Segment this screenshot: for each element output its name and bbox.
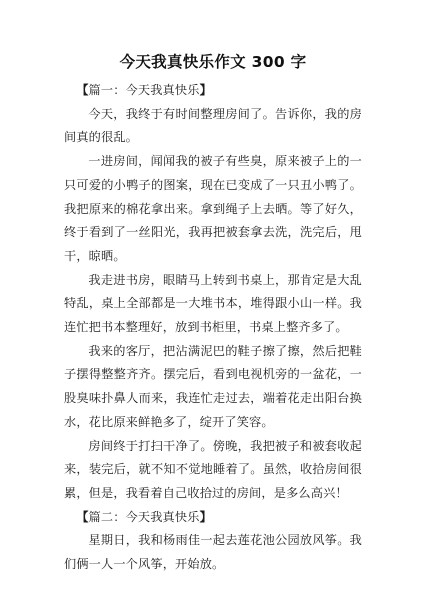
bracket-open: 【 [76,83,88,97]
paragraph: 我来的客厅，把沾满泥巴的鞋子擦了擦，然后把鞋子摆得整整齐齐。摆完后，看到电视机旁… [64,340,362,435]
section-2: 【篇二：今天我真快乐】 星期日，我和杨雨佳一起去莲花池公园放风筝。我们俩一人一个… [64,506,362,577]
section-1: 【篇一：今天我真快乐】 今天，我终于有时间整理房间了。告诉你，我的房间真的很乱。… [64,79,362,506]
section-heading-text: 篇二：今天我真快乐 [89,510,200,524]
bracket-open: 【 [76,510,88,524]
paragraph: 一进房间，闻闻我的被子有些臭，原来被子上的一只可爱的小鸭子的图案，现在已变成了一… [64,150,362,269]
bracket-close: 】 [200,510,212,524]
bracket-close: 】 [200,83,212,97]
section-heading: 【篇一：今天我真快乐】 [64,79,362,103]
paragraph: 我走进书房，眼睛马上转到书桌上，那肯定是大乱特乱，桌上全部都是一大堆书本，堆得跟… [64,269,362,340]
document-title: 今天我真快乐作文 300 字 [64,50,362,72]
document-body: 【篇一：今天我真快乐】 今天，我终于有时间整理房间了。告诉你，我的房间真的很乱。… [64,79,362,577]
section-heading-text: 篇一：今天我真快乐 [89,83,200,97]
paragraph: 今天，我终于有时间整理房间了。告诉你，我的房间真的很乱。 [64,103,362,150]
paragraph: 星期日，我和杨雨佳一起去莲花池公园放风筝。我们俩一人一个风筝，开始放。 [64,529,362,576]
section-heading: 【篇二：今天我真快乐】 [64,506,362,530]
paragraph: 房间终于打扫干净了。傍晚，我把被子和被套收起来，装完后，就不知不觉地睡着了。虽然… [64,435,362,506]
